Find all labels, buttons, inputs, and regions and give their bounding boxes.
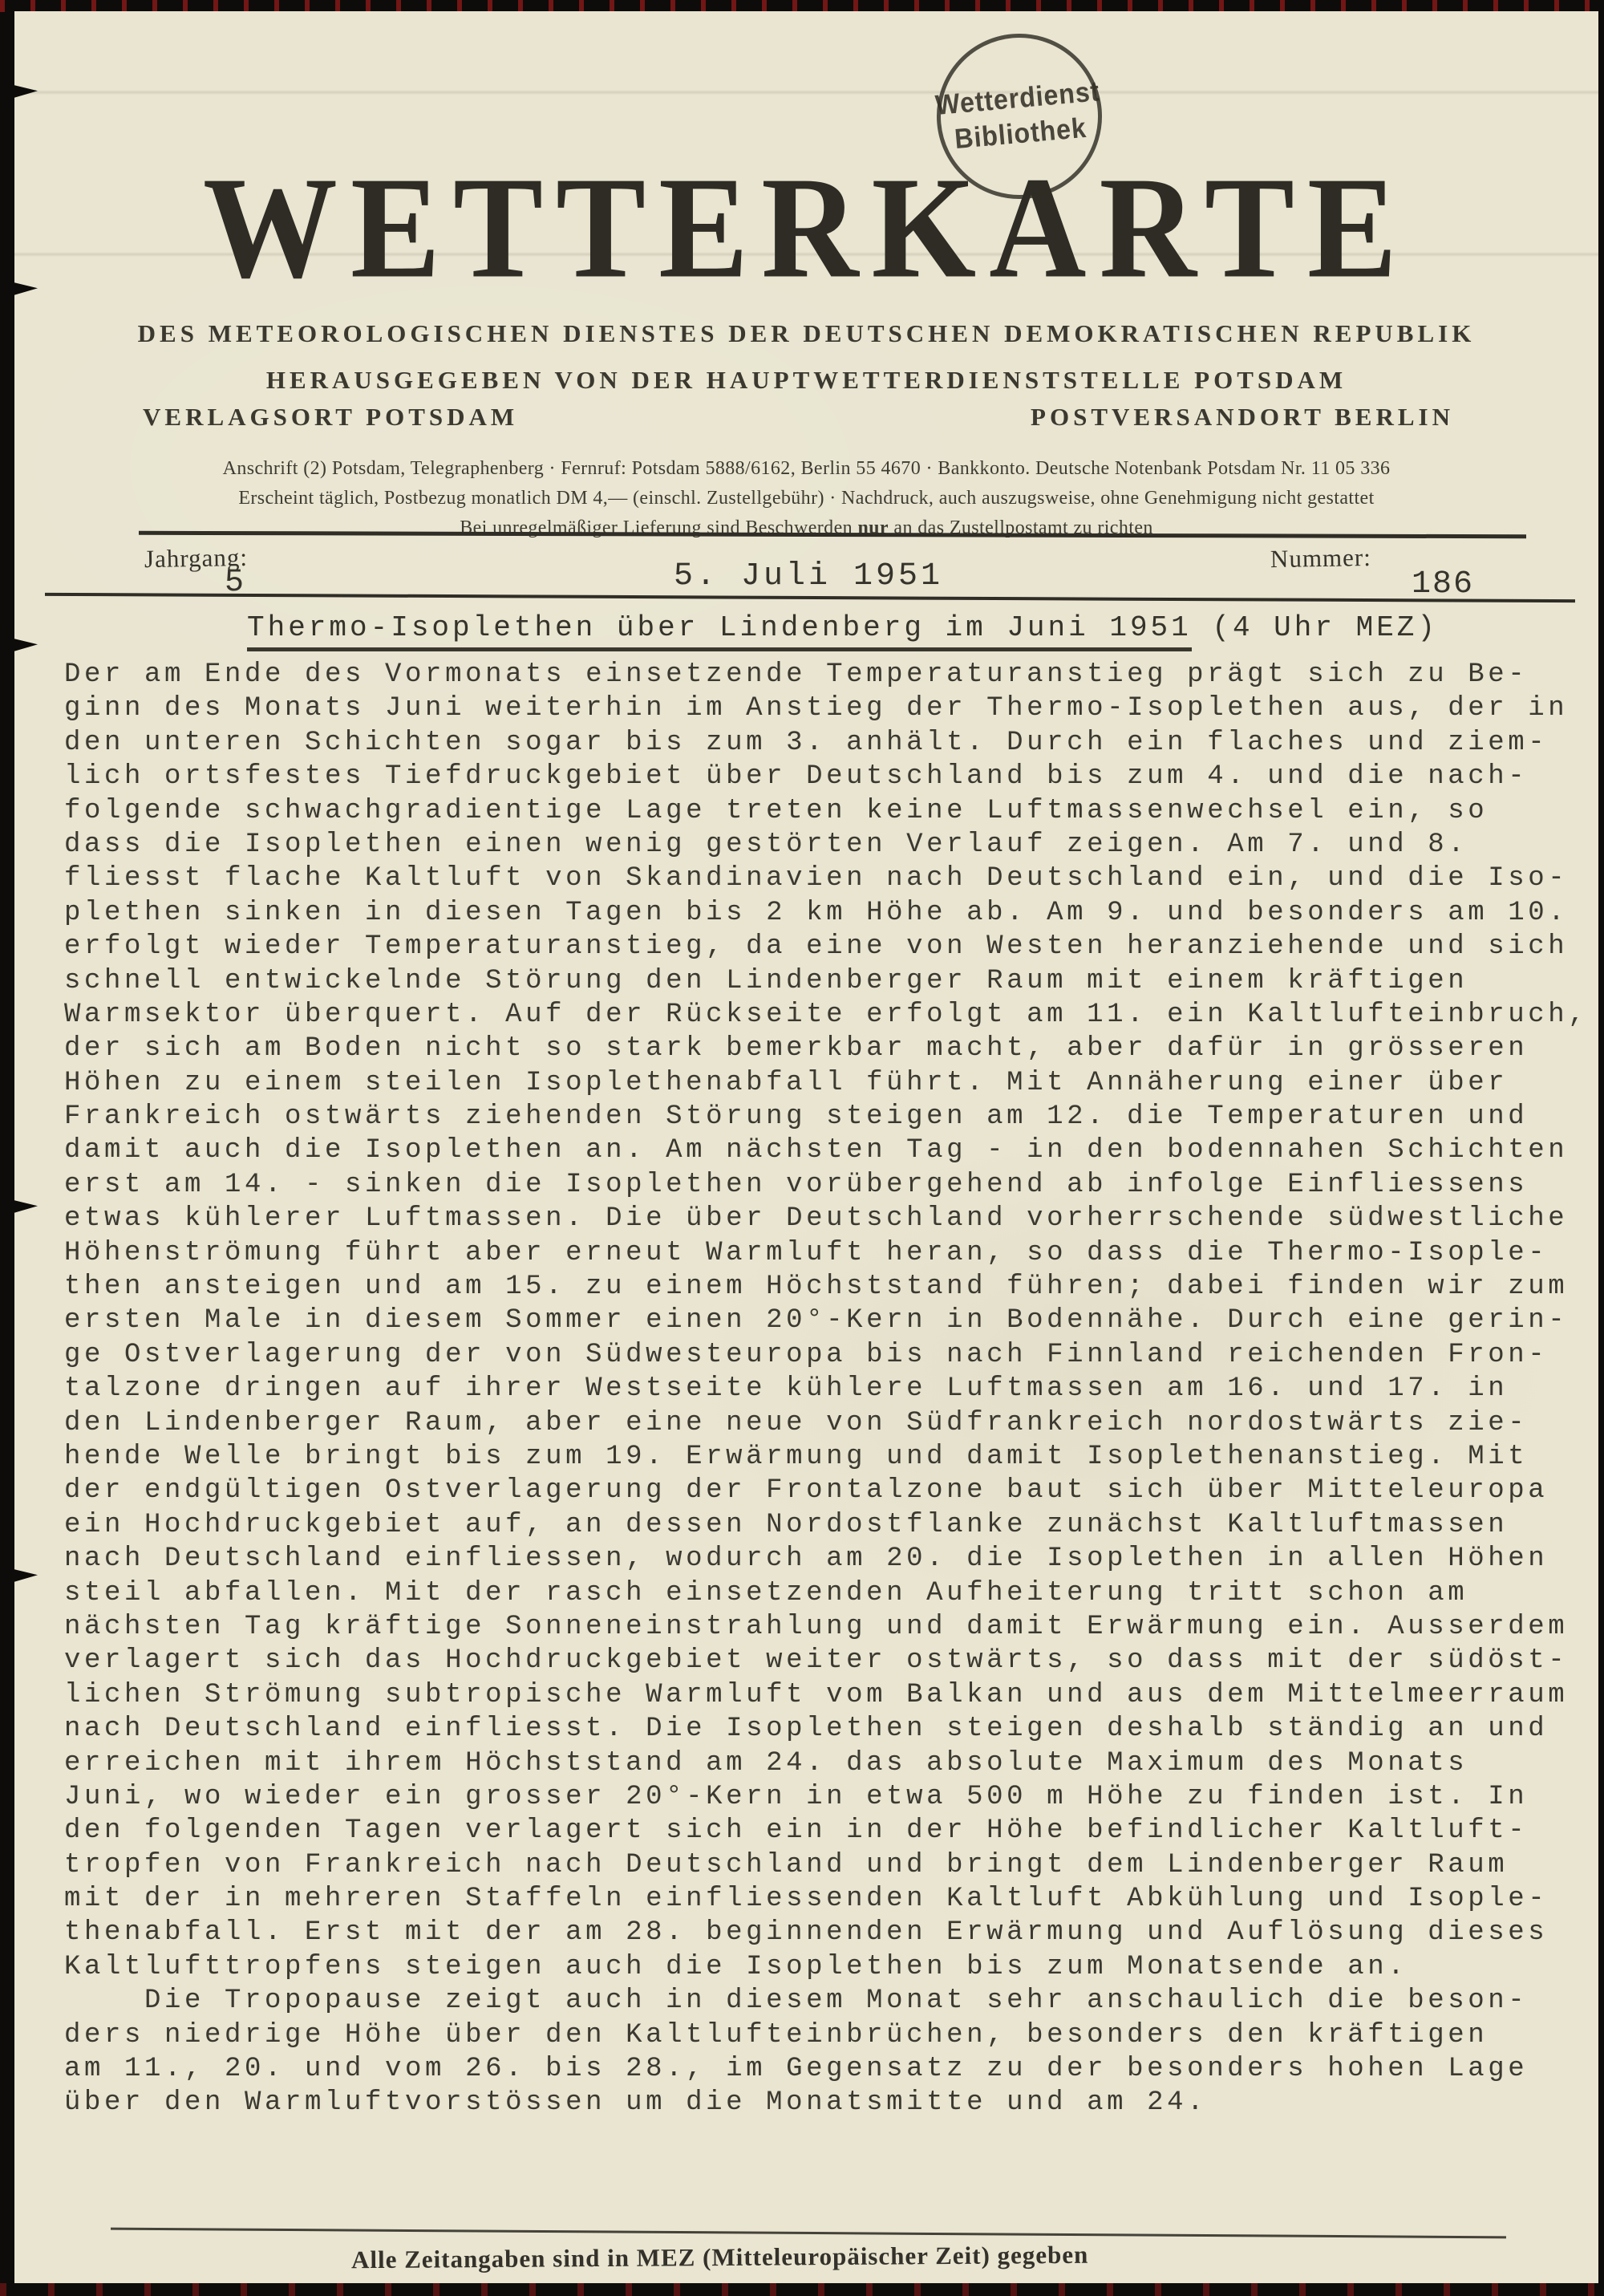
body-text-line: erst am 14. - sinken die Isoplethen vorü… xyxy=(64,1168,1582,1202)
body-text-line: Kaltlufttropfens steigen auch die Isople… xyxy=(64,1950,1582,1984)
edge-mark xyxy=(14,1569,38,1582)
scan-bottom-edge xyxy=(0,2283,1604,2296)
body-text-line: Warmsektor überquert. Auf der Rückseite … xyxy=(64,998,1582,1032)
bulletin-page: Wetterdienst Bibliothek WETTERKARTE DES … xyxy=(14,11,1598,2283)
imprint-line-complaints: Bei unregelmäßiger Lieferung sind Beschw… xyxy=(14,513,1598,543)
imprint-line-address: Anschrift (2) Potsdam, Telegraphenberg ·… xyxy=(14,454,1598,484)
body-text-line: den Lindenberger Raum, aber eine neue vo… xyxy=(64,1406,1582,1440)
body-text-line: Juni, wo wieder ein grosser 20°-Kern in … xyxy=(64,1780,1582,1814)
body-text-line: tropfen von Frankreich nach Deutschland … xyxy=(64,1848,1582,1882)
body-text-line: den unteren Schichten sogar bis zum 3. a… xyxy=(64,726,1582,760)
masthead: WETTERKARTE DES METEOROLOGISCHEN DIENSTE… xyxy=(14,11,1598,395)
scanned-weather-bulletin: { "stamp": { "line1": "Wetterdienst", "l… xyxy=(0,0,1604,2296)
body-text-line: ersten Male in diesem Sommer einen 20°-K… xyxy=(64,1304,1582,1337)
body-text-line: der endgültigen Ostverlagerung der Front… xyxy=(64,1474,1582,1507)
postal-location: POSTVERSANDORT BERLIN xyxy=(1031,403,1454,432)
body-text-line: erreichen mit ihrem Höchststand am 24. d… xyxy=(64,1746,1582,1780)
imprint-line-subscription: Erscheint täglich, Postbezug monatlich D… xyxy=(14,484,1598,513)
publisher-row: VERLAGSORT POTSDAM POSTVERSANDORT BERLIN xyxy=(143,403,1454,432)
article-heading: Thermo-Isoplethen über Lindenberg im Jun… xyxy=(247,611,1438,644)
body-text-line: fliesst flache Kaltluft von Skandinavien… xyxy=(64,862,1582,895)
body-text-line: der sich am Boden nicht so stark bemerkb… xyxy=(64,1032,1582,1065)
edge-mark xyxy=(14,1200,38,1213)
body-text-line: ein Hochdruckgebiet auf, an dessen Nordo… xyxy=(64,1508,1582,1542)
issue-date: 5. Juli 1951 xyxy=(674,558,943,594)
body-text-line: nach Deutschland einfliesst. Die Isoplet… xyxy=(64,1712,1582,1746)
publisher-location: VERLAGSORT POTSDAM xyxy=(143,403,518,432)
body-text-line: erfolgt wieder Temperaturanstieg, da ein… xyxy=(64,930,1582,963)
body-text-line: plethen sinken in diesen Tagen bis 2 km … xyxy=(64,896,1582,930)
body-text-line: den folgenden Tagen verlagert sich ein i… xyxy=(64,1814,1582,1848)
masthead-subtitle-1: DES METEOROLOGISCHEN DIENSTES DER DEUTSC… xyxy=(14,319,1598,348)
body-text-line: Höhen zu einem steilen Isoplethenabfall … xyxy=(64,1066,1582,1100)
imprint-block: Anschrift (2) Potsdam, Telegraphenberg ·… xyxy=(14,454,1598,543)
body-text-line: über den Warmluftvorstössen um die Monat… xyxy=(64,2086,1582,2120)
body-text-line: Höhenströmung führt aber erneut Warmluft… xyxy=(64,1236,1582,1270)
article-heading-underlined: Thermo-Isoplethen über Lindenberg im Jun… xyxy=(247,611,1192,651)
body-text-line: hende Welle bringt bis zum 19. Erwärmung… xyxy=(64,1440,1582,1474)
body-text-line: lichen Strömung subtropische Warmluft vo… xyxy=(64,1678,1582,1712)
body-text-line: nach Deutschland einfliessen, wodurch am… xyxy=(64,1542,1582,1576)
body-text-line: dass die Isoplethen einen wenig gestörte… xyxy=(64,828,1582,862)
footer-rule xyxy=(111,2228,1506,2239)
article-heading-time: (4 Uhr MEZ) xyxy=(1192,611,1438,644)
body-text-line: Die Tropopause zeigt auch in diesem Mona… xyxy=(64,1984,1582,2018)
publication-title: WETTERKARTE xyxy=(14,159,1598,298)
body-text-line: am 11., 20. und vom 26. bis 28., im Gege… xyxy=(64,2052,1582,2086)
article-body: Der am Ende des Vormonats einsetzende Te… xyxy=(64,658,1582,2120)
body-text-line: then ansteigen und am 15. zu einem Höchs… xyxy=(64,1270,1582,1304)
body-text-line: etwas kühlerer Luftmassen. Die über Deut… xyxy=(64,1202,1582,1235)
body-text-line: ge Ostverlagerung der von Südwesteuropa … xyxy=(64,1338,1582,1372)
body-text-line: Der am Ende des Vormonats einsetzende Te… xyxy=(64,658,1582,692)
body-text-line: nächsten Tag kräftige Sonneneinstrahlung… xyxy=(64,1610,1582,1644)
nummer-value: 186 xyxy=(1412,566,1474,602)
body-text-line: folgende schwachgradientige Lage treten … xyxy=(64,794,1582,828)
body-text-line: Frankreich ostwärts ziehenden Störung st… xyxy=(64,1100,1582,1134)
body-text-line: verlagert sich das Hochdruckgebiet weite… xyxy=(64,1644,1582,1677)
body-text-line: thenabfall. Erst mit der am 28. beginnen… xyxy=(64,1916,1582,1949)
scan-top-edge xyxy=(0,0,1604,12)
masthead-subtitle-2: HERAUSGEGEBEN VON DER HAUPTWETTERDIENSTS… xyxy=(14,366,1598,395)
body-text-line: ginn des Monats Juni weiterhin im Anstie… xyxy=(64,692,1582,725)
body-text-line: steil abfallen. Mit der rasch einsetzend… xyxy=(64,1576,1582,1610)
body-text-line: damit auch die Isoplethen an. Am nächste… xyxy=(64,1134,1582,1167)
footer-timezone-note: Alle Zeitangaben sind in MEZ (Mitteleuro… xyxy=(351,2241,1089,2274)
body-text-line: mit der in mehreren Staffeln einfliessen… xyxy=(64,1882,1582,1916)
body-text-line: schnell entwickelnde Störung den Lindenb… xyxy=(64,964,1582,998)
body-text-line: ders niedrige Höhe über den Kaltlufteinb… xyxy=(64,2018,1582,2052)
body-text-line: talzone dringen auf ihrer Westseite kühl… xyxy=(64,1372,1582,1406)
nummer-label: Nummer: xyxy=(1270,543,1371,574)
body-text-line: lich ortsfestes Tiefdruckgebiet über Deu… xyxy=(64,760,1582,793)
edge-mark xyxy=(14,639,38,651)
